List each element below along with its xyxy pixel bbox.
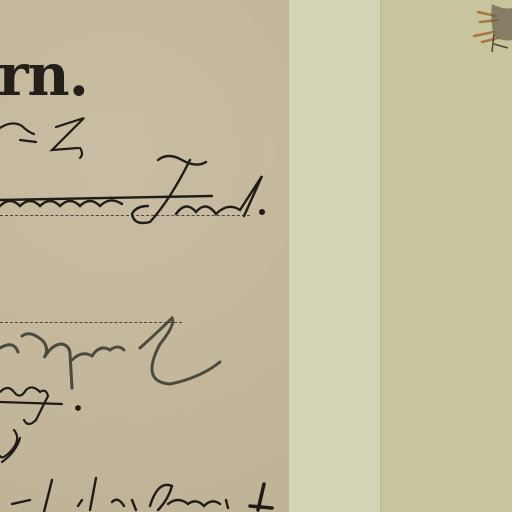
specimen-label: rn. <box>0 0 288 512</box>
handwriting <box>0 0 288 512</box>
mounting-strip <box>288 0 381 512</box>
herbarium-sheet <box>380 0 512 512</box>
dried-plant-fragment-icon <box>470 0 512 55</box>
